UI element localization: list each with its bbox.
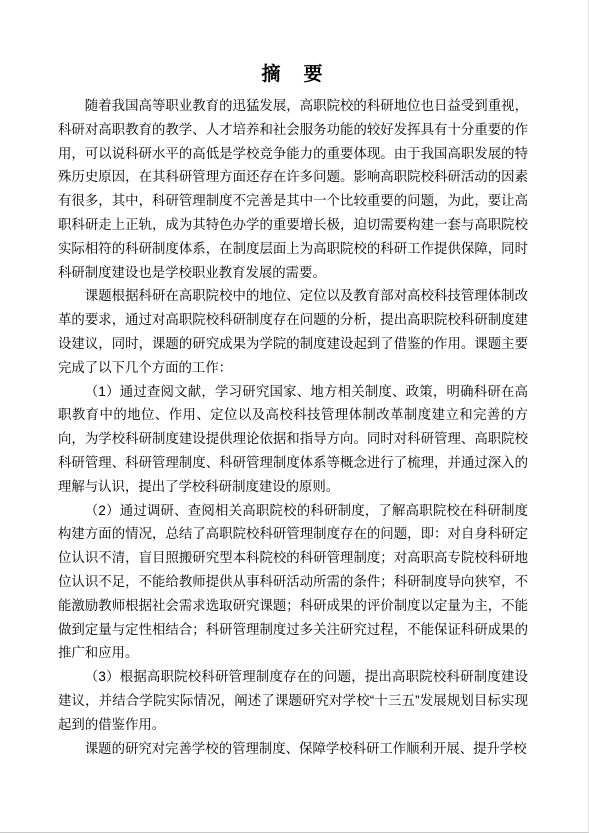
abstract-title: 摘 要 [58,62,528,88]
abstract-section: 摘 要 随着我国高等职业教育的迅猛发展，高职院校的科研地位也日益受到重视，科研对… [58,62,528,760]
abstract-body: 随着我国高等职业教育的迅猛发展，高职院校的科研地位也日益受到重视，科研对高职教育… [58,94,528,760]
paragraph: （3）根据高职院校科研管理制度存在的问题，提出高职院校科研制度建设建议，并结合学… [58,665,528,736]
paragraph: （2）通过调研、查阅相关高职院校的科研制度，了解高职院校在科研制度构建方面的情况… [58,499,528,666]
document-page: 摘 要 随着我国高等职业教育的迅猛发展，高职院校的科研地位也日益受到重视，科研对… [0,0,589,833]
paragraph: 课题的研究对完善学校的管理制度、保障学校科研工作顺利开展、提升学校 [58,737,528,761]
paragraph: （1）通过查阅文献，学习研究国家、地方相关制度、政策，明确科研在高职教育中的地位… [58,380,528,499]
paragraph: 课题根据科研在高职院校中的地位、定位以及教育部对高校科技管理体制改革的要求，通过… [58,284,528,379]
paragraph: 随着我国高等职业教育的迅猛发展，高职院校的科研地位也日益受到重视，科研对高职教育… [58,94,528,284]
